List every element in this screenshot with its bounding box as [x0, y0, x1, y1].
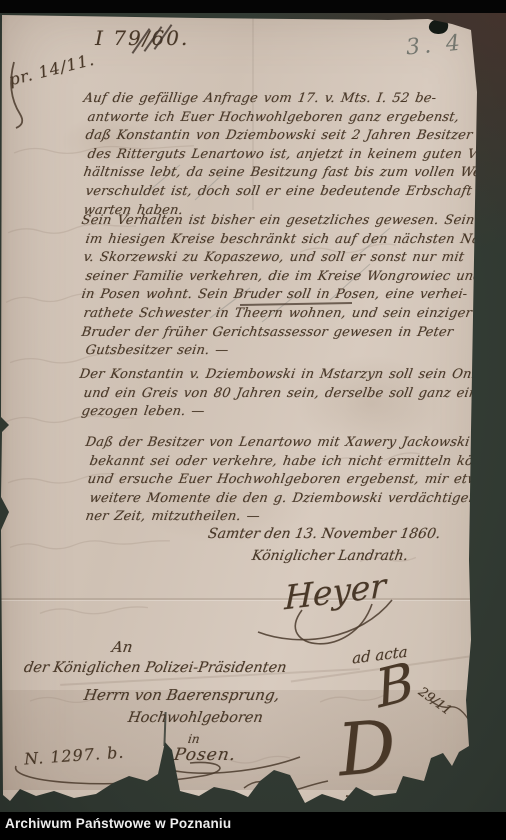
- address-line: Posen.: [172, 745, 237, 765]
- document-scan: I 79/60. 3. 4 pr. 14/11. Auf die gefälli…: [0, 0, 506, 840]
- letter-paragraph-3: Der Konstantin v. Dziembowski in Mstarzy…: [78, 366, 495, 422]
- ad-acta-date: 29/11: [415, 684, 454, 718]
- archive-footer-band: Archiwum Państwowe w Poznaniu: [0, 812, 506, 840]
- handwriting-line: v. Skorzewski zu Kopaszewo, und soll er …: [82, 249, 506, 268]
- handwriting-line: bekannt sei oder verkehre, habe ich nich…: [88, 453, 506, 472]
- archive-watermark: Archiwum Państwowe w Poznaniu: [5, 816, 231, 831]
- handwriting-line: daß Konstantin von Dziembowski seit 2 Ja…: [84, 127, 506, 146]
- handwriting-line: weitere Momente die den g. Dziembowski v…: [88, 490, 506, 509]
- address-line: Herrn von Baerensprung,: [83, 686, 281, 704]
- handwriting-line: rathete Schwester in Theern wohnen, und …: [82, 305, 506, 324]
- address-line: der Königlichen Polizei-Präsidenten: [23, 660, 288, 676]
- pencil-page-number: 3. 4: [405, 31, 465, 61]
- handwriting-line: Bruder der früher Gerichtsassessor gewes…: [80, 324, 506, 343]
- handwriting-line: seiner Familie verkehren, die im Kreise …: [84, 268, 506, 287]
- address-line: An: [111, 638, 134, 656]
- margin-presentation-note: pr. 14/11.: [7, 50, 96, 90]
- scan-top-band: [0, 0, 506, 13]
- signature: Heyer: [284, 566, 386, 618]
- handwriting-line: verschuldet ist, doch soll er eine bedeu…: [84, 183, 506, 202]
- handwriting-line: gezogen leben. —: [80, 403, 498, 422]
- sender-office: Königlicher Landrath.: [251, 548, 410, 564]
- handwriting-line: antworte ich Euer Hochwohlgeboren ganz e…: [86, 109, 506, 128]
- handwriting-line: und ersuche Euer Hochwohlgeboren ergeben…: [86, 471, 506, 490]
- letter-paper: I 79/60. 3. 4 pr. 14/11. Auf die gefälli…: [0, 0, 506, 840]
- address-line: Hochwohlgeboren: [127, 710, 264, 726]
- handwriting-line: hältnisse lebt, da seine Besitzung fast …: [82, 164, 506, 183]
- reference-number: N. 1297. b.: [23, 743, 124, 769]
- address-line: in: [187, 732, 201, 746]
- large-initial-flourish: D: [334, 704, 399, 793]
- handwriting-line: Gutsbesitzer sein. —: [84, 342, 506, 361]
- handwriting-line: Sein Verhalten ist bisher ein gesetzlich…: [80, 212, 506, 231]
- handwriting-line: Daß der Besitzer von Lenartowo mit Xawer…: [84, 434, 506, 453]
- letter-paragraph-1: Auf die gefällige Anfrage vom 17. v. Mts…: [82, 90, 506, 220]
- handwriting-line: ner Zeit, mitzutheilen. —: [84, 508, 506, 527]
- letter-paragraph-2: Sein Verhalten ist bisher ein gesetzlich…: [80, 212, 506, 361]
- handwriting-line: im hiesigen Kreise beschränkt sich auf d…: [84, 231, 506, 250]
- handwriting-line: des Ritterguts Lenartowo ist, anjetzt in…: [86, 146, 506, 165]
- fold-crease: [0, 598, 506, 600]
- handwriting-line: Auf die gefällige Anfrage vom 17. v. Mts…: [82, 90, 506, 109]
- fold-crease: [0, 600, 506, 601]
- handwriting-line: und ein Greis von 80 Jahren sein, dersel…: [82, 385, 498, 404]
- dateline: Samter den 13. November 1860.: [207, 526, 442, 542]
- letter-paragraph-4: Daß der Besitzer von Lenartowo mit Xawer…: [84, 434, 506, 527]
- handwriting-line: Der Konstantin v. Dziembowski in Mstarzy…: [78, 366, 498, 385]
